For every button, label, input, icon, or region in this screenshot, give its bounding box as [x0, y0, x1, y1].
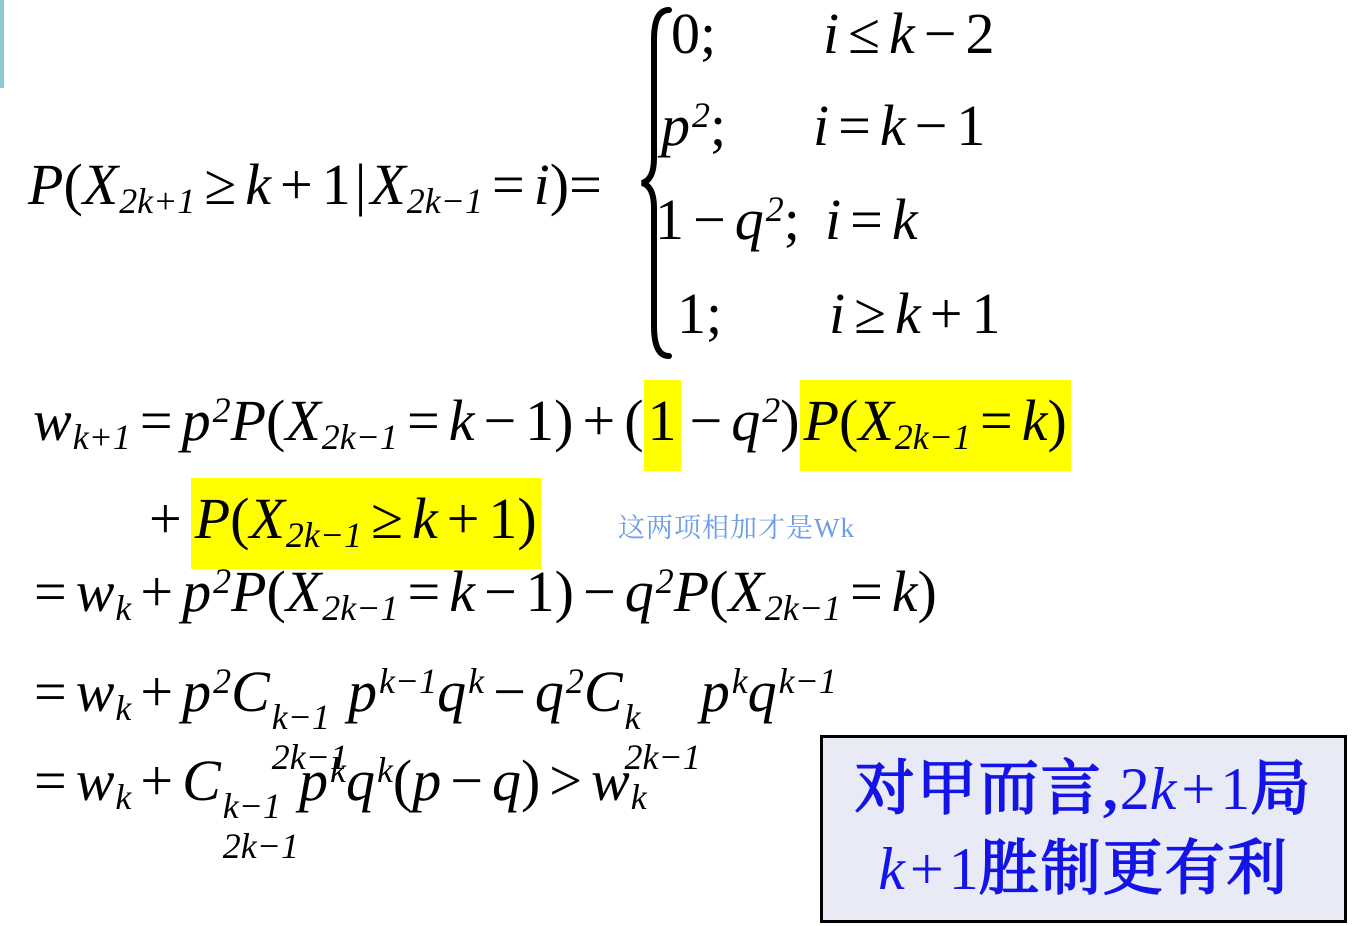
recursion-equation-continuation: +P(X2k−1≥k+1) — [140, 483, 541, 558]
math-token: = — [980, 388, 1013, 453]
math-token: Ck−12k−1 — [231, 659, 348, 724]
math-token: wk — [76, 748, 132, 813]
piecewise-cases: 0; i≤k−2 p2; i=k−1 1−q2; i=k 1; i≥k+1 — [655, 0, 1335, 370]
math-token: q2 — [731, 388, 780, 453]
math-token: X2k−1 — [286, 559, 399, 624]
math-token: > — [549, 748, 582, 813]
math-token: X2k+1 — [83, 152, 196, 217]
case-condition: i≤k−2 — [823, 0, 994, 67]
math-token: = — [140, 388, 173, 453]
math-token: ; — [784, 187, 800, 252]
math-token: 1 — [526, 559, 555, 624]
math-token: 1 — [525, 388, 554, 453]
math-token: wk — [76, 659, 132, 724]
math-token: − — [583, 559, 616, 624]
math-token: + — [583, 388, 616, 453]
math-token: ) — [918, 559, 937, 624]
math-token: Ck−12k−1 — [182, 748, 299, 813]
math-token: = — [850, 187, 883, 252]
math-token: q2 — [535, 659, 584, 724]
math-token: 2 — [1120, 756, 1150, 822]
case-condition: i=k — [825, 186, 918, 253]
math-token: X2k−1 — [285, 388, 398, 453]
math-token: i — [813, 93, 829, 158]
math-token: wk — [76, 559, 132, 624]
math-token: )= — [550, 152, 602, 217]
slide-canvas: P(X2k+1≥k+1|X2k−1=i)= 0; i≤k−2 p2; i=k−1… — [0, 0, 1354, 926]
math-token: ( — [230, 486, 249, 551]
math-token: 局 — [1250, 756, 1312, 822]
math-token: 对甲而言, — [855, 756, 1120, 822]
math-token: 1 — [971, 281, 1000, 346]
math-token: + — [140, 748, 173, 813]
math-token: 胜制更有利 — [979, 836, 1289, 902]
slide-accent-bar — [0, 0, 4, 88]
conclusion-line-1: 对甲而言,2k+1局 — [855, 759, 1312, 819]
math-token: X2k−1 — [370, 152, 483, 217]
math-token: + — [280, 152, 313, 217]
math-token: = — [34, 659, 67, 724]
math-token: 1; — [677, 281, 722, 346]
math-token: 1 — [1220, 756, 1250, 822]
math-token: ; — [710, 93, 726, 158]
math-token: − — [484, 559, 517, 624]
case-value: 1; — [655, 280, 829, 347]
math-token: P — [231, 559, 266, 624]
math-token: k — [880, 93, 906, 158]
math-token: − — [493, 659, 526, 724]
math-token: q — [492, 748, 521, 813]
math-token: = — [34, 748, 67, 813]
math-token: ) — [555, 559, 574, 624]
math-token: k — [449, 559, 475, 624]
math-token: 2 — [965, 1, 994, 66]
math-token: i — [534, 152, 550, 217]
math-token: = — [407, 388, 440, 453]
math-token: k — [449, 388, 475, 453]
piecewise-equation-lhs: P(X2k+1≥k+1|X2k−1=i)= — [28, 149, 602, 224]
math-token: 1 — [655, 187, 684, 252]
math-token: ) — [554, 388, 573, 453]
math-token: k — [412, 486, 438, 551]
math-token: 1 — [322, 152, 351, 217]
math-token: X2k−1 — [858, 388, 971, 453]
math-token: ( — [63, 152, 82, 217]
math-token: k — [892, 559, 918, 624]
math-token: p2 — [182, 388, 231, 453]
math-token: k — [878, 836, 905, 902]
math-token: P — [674, 559, 709, 624]
math-token: ) — [780, 388, 799, 453]
math-token: + — [1181, 756, 1215, 822]
recursion-equation-line: wk+1=p2P(X2k−1=k−1)+(1−q2)P(X2k−1=k) — [33, 385, 1071, 460]
case-row-3: 1−q2; i=k — [655, 186, 918, 253]
math-token: + — [149, 486, 182, 551]
math-token: i — [825, 187, 841, 252]
math-token: − — [483, 388, 516, 453]
math-token: ( — [267, 559, 286, 624]
math-token: ) — [521, 748, 540, 813]
math-token: = — [838, 93, 871, 158]
math-token: − — [915, 93, 948, 158]
math-token: ≥ — [854, 281, 886, 346]
math-token: ( — [709, 559, 728, 624]
math-token: p — [412, 748, 441, 813]
math-token: ≤ — [848, 1, 880, 66]
math-token: i — [829, 281, 845, 346]
derivation-step-4: =wk+Ck−12k−1pkqk(p−q)>wk — [25, 745, 647, 865]
math-token: pk−1 — [348, 659, 437, 724]
case-condition: i=k−1 — [813, 92, 985, 159]
math-token: ( — [624, 388, 643, 453]
math-token: P — [231, 388, 266, 453]
math-token: k — [892, 187, 918, 252]
math-token: P — [195, 486, 230, 551]
case-condition: i≥k+1 — [829, 280, 1000, 347]
conclusion-line-2: k+1胜制更有利 — [878, 839, 1288, 899]
math-token: k — [245, 152, 271, 217]
math-token: ( — [266, 388, 285, 453]
margin-note: 这两项相加才是Wk — [618, 506, 855, 545]
math-token: ≥ — [371, 486, 403, 551]
math-token: = — [407, 559, 440, 624]
math-token: q2 — [625, 559, 674, 624]
math-token: + — [910, 836, 944, 902]
math-token: ( — [839, 388, 858, 453]
math-token: p2 — [661, 93, 710, 158]
math-token: = — [492, 152, 525, 217]
math-token: p2 — [182, 659, 231, 724]
math-token: + — [140, 659, 173, 724]
math-token: wk+1 — [33, 388, 131, 453]
math-token: + — [140, 559, 173, 624]
math-token: − — [924, 1, 957, 66]
case-value: 0; — [655, 0, 823, 67]
case-value: 1−q2; — [655, 186, 807, 253]
case-row-4: 1; i≥k+1 — [655, 280, 1000, 347]
math-token: P — [28, 152, 63, 217]
math-token: qk−1 — [748, 659, 837, 724]
math-token: + — [930, 281, 963, 346]
math-token: pk — [299, 748, 346, 813]
math-token: pk — [701, 659, 748, 724]
case-value: p2; — [655, 92, 813, 159]
math-token: − — [693, 187, 726, 252]
math-token: = — [34, 559, 67, 624]
math-token: k — [1022, 388, 1048, 453]
math-token: 0; — [671, 1, 716, 66]
math-token: − — [690, 388, 723, 453]
math-group: 1 — [644, 380, 681, 471]
case-row-1: 0; i≤k−2 — [655, 0, 994, 67]
math-group: P(X2k−1=k) — [800, 380, 1071, 471]
math-token: qk — [437, 659, 484, 724]
math-token: wk — [591, 748, 647, 813]
math-token: k — [895, 281, 921, 346]
math-token: 1 — [488, 486, 517, 551]
math-token: = — [850, 559, 883, 624]
math-token: 1 — [648, 388, 677, 453]
math-token: X2k−1 — [249, 486, 362, 551]
math-token: ) — [517, 486, 536, 551]
math-token: k — [1150, 756, 1177, 822]
math-token: ) — [1047, 388, 1066, 453]
math-token: i — [823, 1, 839, 66]
math-token: Ck2k−1 — [584, 659, 701, 724]
math-token: k — [889, 1, 915, 66]
derivation-step-2: =wk+p2P(X2k−1=k−1)−q2P(X2k−1=k) — [25, 556, 937, 631]
math-token: p2 — [182, 559, 231, 624]
math-token: − — [450, 748, 483, 813]
math-token: | — [355, 152, 367, 217]
math-token: 1 — [956, 93, 985, 158]
math-token: P — [804, 388, 839, 453]
conclusion-box: 对甲而言,2k+1局 k+1胜制更有利 — [820, 735, 1347, 923]
math-token: ( — [393, 748, 412, 813]
math-token: q2 — [735, 187, 784, 252]
math-token: 1 — [949, 836, 979, 902]
math-token: X2k−1 — [728, 559, 841, 624]
math-token: qk — [346, 748, 393, 813]
case-row-2: p2; i=k−1 — [655, 92, 985, 159]
math-token: + — [447, 486, 480, 551]
math-token: ≥ — [204, 152, 236, 217]
